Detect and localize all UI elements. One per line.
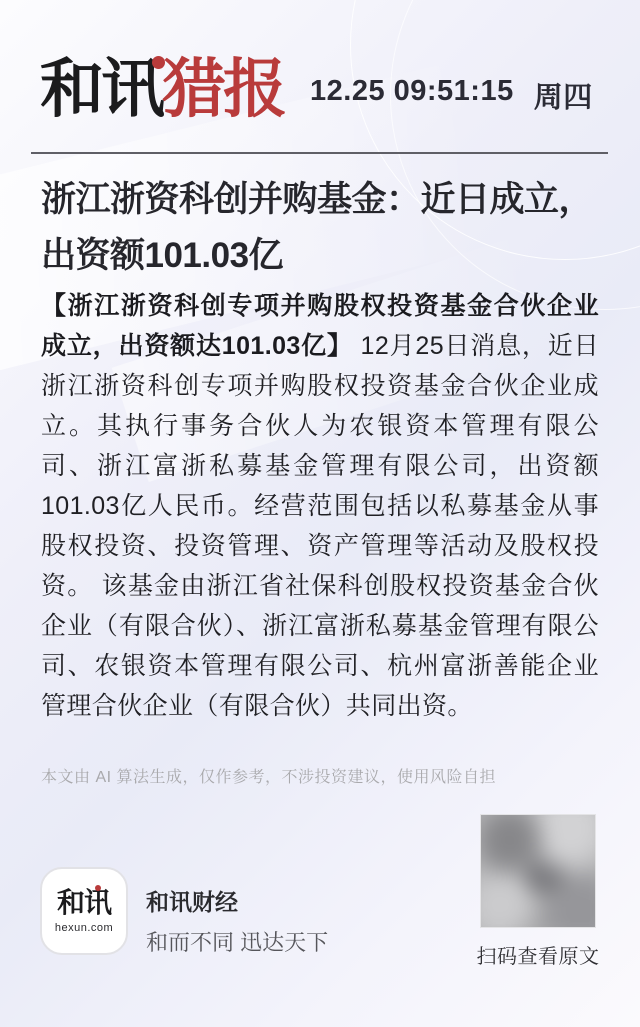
timestamp-weekday: 周四 [534,75,593,116]
qr-caption: 扫码查看原文 [474,940,602,969]
account-slogan: 和而不同 迅达天下 [146,926,328,957]
news-card: 和讯 猎报 12.25 09:51:15 周四 浙江浙资科创并购基金：近日成立，… [0,0,640,1027]
article-body-text: 12月25日消息，近日浙江浙资科创专项并购股权投资基金合伙企业成立。其执行事务合… [41,332,599,720]
hexun-app-icon: 和讯 hexun.com [40,867,128,955]
app-icon-logo-cn: 和讯 [57,887,111,918]
timestamp: 12.25 09:51:15 周四 [310,75,593,124]
ai-disclaimer: 本文由 AI 算法生成，仅作参考，不涉投资建议，使用风险自担 [41,764,496,787]
header-divider [31,152,608,154]
app-icon-logo-text: 和讯 [57,888,111,919]
hexun-logo-text: 和讯 [40,54,162,124]
logo-red-dot-icon [152,56,165,69]
liebao-logo-text: 猎报 [162,54,284,124]
qr-code-blur [480,814,596,928]
account-name: 和讯财经 [146,884,238,917]
article-body: 【浙江浙资科创专项并购股权投资基金合伙企业成立，出资额达101.03亿】 12月… [41,286,599,726]
timestamp-datetime: 12.25 09:51:15 [310,75,514,116]
header-brand-row: 和讯 猎报 12.25 09:51:15 周四 [40,54,593,124]
app-icon-domain: hexun.com [55,922,113,934]
qr-code-image [480,814,596,928]
hexun-logo-black: 和讯 [40,53,162,125]
app-icon-red-dot-icon [95,885,101,891]
article-title: 浙江浙资科创并购基金：近日成立，出资额101.03亿 [41,172,603,284]
